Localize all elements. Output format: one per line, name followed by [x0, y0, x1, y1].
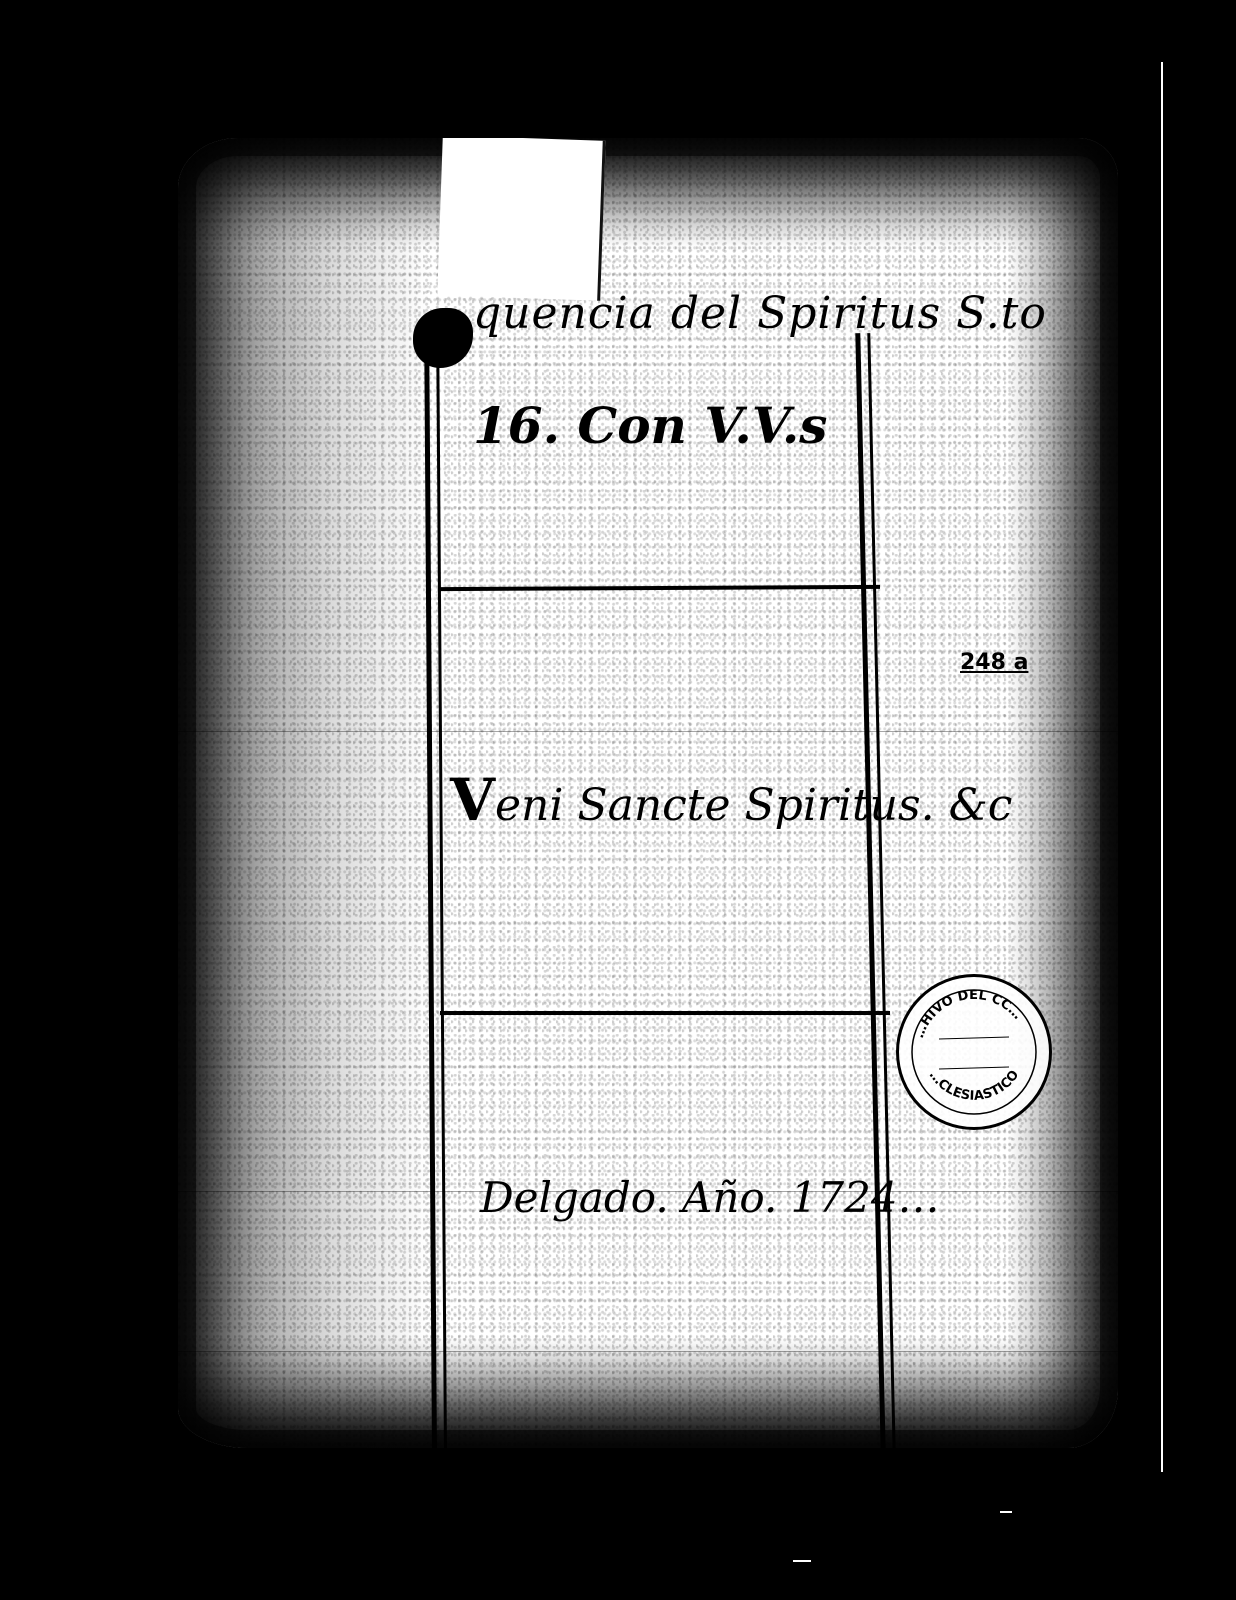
svg-text:…HIVO DEL CC…: …HIVO DEL CC… — [912, 988, 1024, 1040]
archive-stamp: …HIVO DEL CC… …CLESIASTICO — [896, 974, 1052, 1130]
shelfmark: 248 a — [960, 650, 1028, 675]
frame-bottom-divider — [440, 1011, 890, 1015]
scan-edge-rule — [1161, 62, 1163, 1472]
author-date-line: Delgado. Año. 1724… — [480, 1173, 940, 1222]
ruled-line — [178, 1351, 1118, 1352]
stamp-bottom-text: …CLESIASTICO — [926, 1068, 1022, 1104]
bottom-stain — [178, 1338, 1118, 1448]
title-line: …quencia del Spiritus S.to — [428, 288, 1047, 339]
top-stain — [178, 138, 1118, 248]
ruled-line — [178, 731, 1118, 732]
incipit-line: Veni Sancte Spiritus. &c — [450, 766, 1012, 834]
incipit-initial: V — [450, 766, 495, 834]
svg-text:…CLESIASTICO: …CLESIASTICO — [926, 1068, 1022, 1104]
count-line: 16. Con V.V.s — [473, 396, 827, 455]
manuscript-page: …quencia del Spiritus S.to 16. Con V.V.s… — [178, 138, 1118, 1448]
label-tab — [437, 138, 605, 301]
left-stain — [178, 138, 428, 1448]
scan-artifact — [793, 1560, 811, 1562]
stamp-icon: …HIVO DEL CC… …CLESIASTICO — [899, 977, 1049, 1127]
incipit-text: eni Sancte Spiritus. &c — [495, 780, 1012, 831]
scan-artifact — [1000, 1511, 1012, 1513]
stamp-top-text: …HIVO DEL CC… — [912, 988, 1024, 1040]
